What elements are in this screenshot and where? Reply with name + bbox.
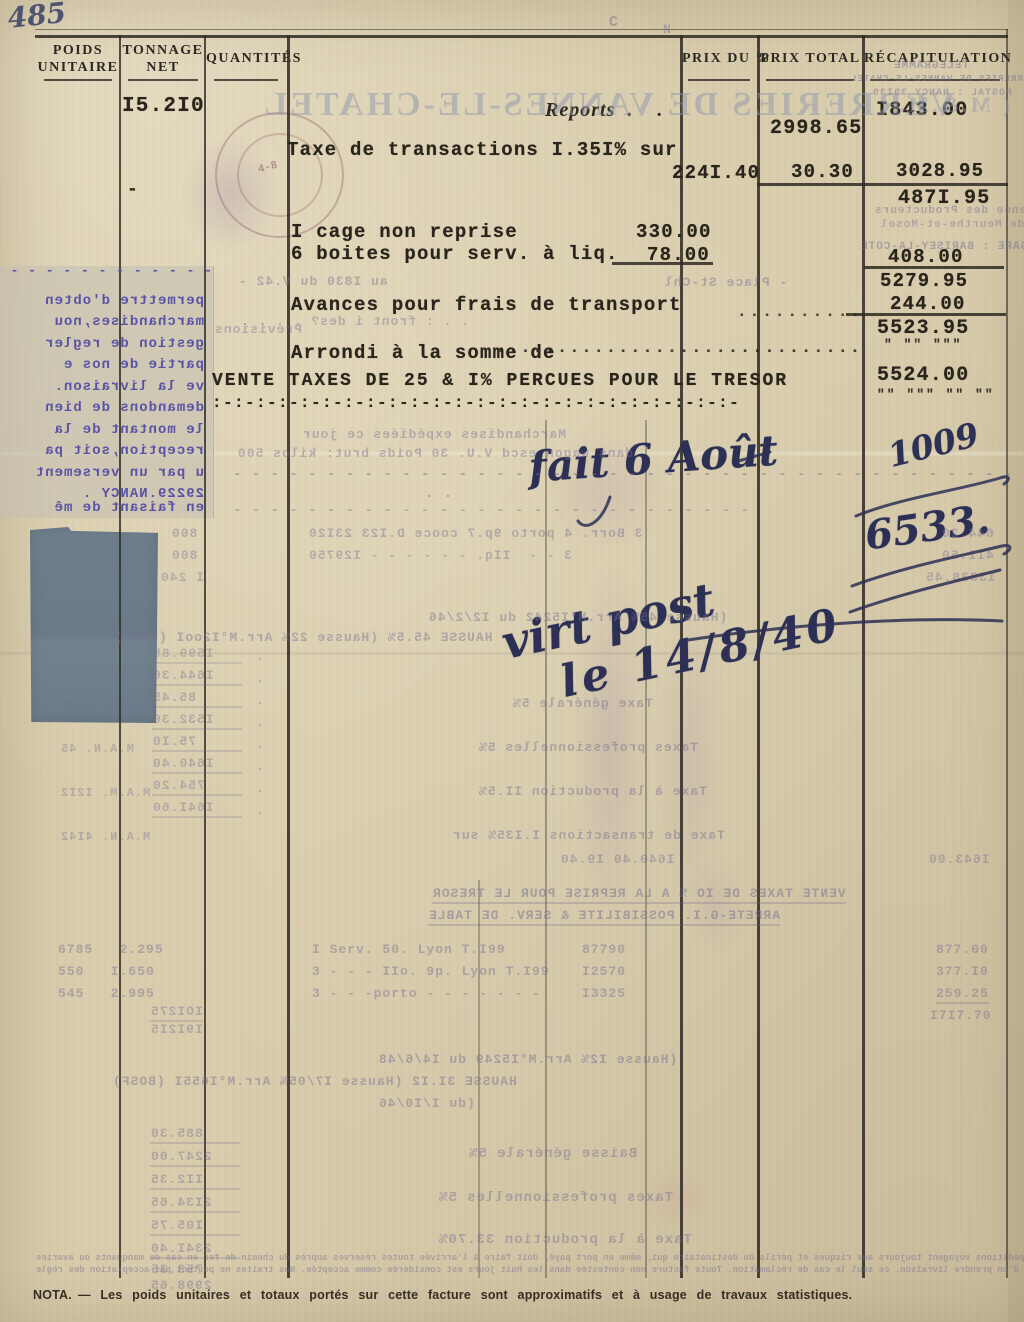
cage-label: I cage non reprise <box>291 221 518 243</box>
gm-text-98: I643.00 <box>928 852 990 867</box>
slip-line: le montant de la <box>4 422 204 438</box>
gn-text-113: I7I7.70 <box>930 1008 992 1023</box>
gm-text-96: Taxe de transactions I.I35% sur <box>452 828 725 843</box>
gm-text-118: (du I/I0/46 <box>378 1096 475 1111</box>
gm-text-80: I599.85 <box>152 646 242 664</box>
gm-text-74: 3 - - IIq. - - - - - - I29750 <box>308 548 572 563</box>
hand-1009: 1009 <box>884 415 983 475</box>
ditto-marks-2: "" """ "" "" <box>877 387 995 402</box>
slip-line: en faisant de mê <box>4 500 204 516</box>
gm-text-127: Baisse générale 5% <box>468 1146 637 1162</box>
footer-nota-label: NOTA. <box>33 1288 72 1302</box>
ditto-marks-1: " "" """ <box>884 337 962 352</box>
gm-text-114: IOI275 <box>150 1004 203 1022</box>
gser-text-51: VERRERIES DE VANNES-LE-CHATEL <box>255 86 955 124</box>
gn-text-88: . . . . . . . . <box>256 646 265 822</box>
footer-nota-text: — Les poids unitaires et totaux portés s… <box>78 1288 852 1302</box>
gm-text-121: II2.35 <box>150 1172 240 1190</box>
slip-dash-edge: - - - - - - - - - - - - - - - - <box>0 263 212 278</box>
separator-line: :-:-:-:-:-:-:-:-:-:-:-:-:-:-:-:-:-:-:-:-… <box>212 394 740 412</box>
taxe-base: 224I.40 <box>672 162 760 184</box>
arrondi-dots: .............................. <box>496 339 862 358</box>
gm-text-128: Taxes professionnelles 5% <box>438 1190 673 1206</box>
col-header-tonnage-net: TONNAGE NET <box>121 42 205 76</box>
gn-text-107: I2570 <box>582 964 626 979</box>
recap-5279: 5279.95 <box>880 270 968 292</box>
gm-text-76: I 240 <box>160 570 204 585</box>
gn-text-104: 877.00 <box>936 942 989 957</box>
slip-line: ve la livraison. <box>4 379 204 395</box>
gm-text-91: M.A.M. I2I2 <box>60 786 150 800</box>
gm-text-119: 885.30 <box>150 1126 240 1144</box>
gn-text-68: . . <box>425 486 453 502</box>
col-header-poids-unitaire: POIDS UNITAIRE <box>36 42 120 76</box>
scanned-invoice-page: 4-8 POIDS UNITAIRETONNAGE NETQUANTITÉSPR… <box>0 0 1024 1322</box>
taxe-amount: 30.30 <box>791 161 854 183</box>
gn-text-109: 545 2.995 <box>58 986 155 1001</box>
gm-text-75: 4II.50 <box>941 548 994 563</box>
gm-text-82: 85.45 <box>152 690 242 708</box>
gm-text-56: VERRERIES DE VANNES-LE-CHATEL <box>850 74 1024 84</box>
gm-text-72: 644.20 <box>941 526 994 541</box>
gm-text-115: I9I2I5 <box>150 1022 203 1037</box>
slip-line: partie de nos e <box>4 357 204 373</box>
avances-dots: .......... <box>737 303 863 321</box>
slip-line: demandons de bien <box>4 400 204 416</box>
slip-line: permettre d'obten <box>4 293 204 309</box>
gm-text-70: 800 <box>171 526 197 541</box>
gn-text-111: I3325 <box>582 986 626 1001</box>
gm-text-71: 3 Borr. 4 porto 9p.7 cooce D.I23 23I20 <box>308 526 642 541</box>
col-header-prix-total: PRIX TOTAL <box>759 50 862 67</box>
recap-3028: 3028.95 <box>896 160 984 182</box>
gm-text-81: I644.30 <box>152 668 242 686</box>
gm-text-66: dans wagon escd V.U. 30 Poids brut: kilo… <box>237 446 633 461</box>
gm-text-60: GARE : BARISEY-LA-COTE <box>860 241 1024 253</box>
gm-text-64: . . : front i des? . . . . <box>240 314 469 329</box>
gm-text-93: Taxe générale 5% <box>512 696 653 711</box>
slip-line: reception,soit pa <box>4 443 204 459</box>
tonnage-net-value: I5.2I0 <box>122 95 205 118</box>
gn-text-110: 3 - - -porto - - - - - - - <box>312 986 541 1001</box>
gm-text-65: Marchandises expédiées ce jour <box>302 427 566 442</box>
gm-text-59: de Meurthe-et-Mosel <box>880 219 1024 231</box>
vente-taxes-line: VENTE TAXES DE 25 & I% PERCUES POUR LE T… <box>212 371 788 391</box>
gn-text-112: 259.25 <box>936 986 989 1004</box>
gm-text-130: Les expéditions voyagent toujours aux ri… <box>36 1253 1024 1263</box>
gn-text-105: 550 I.650 <box>58 964 155 979</box>
gm-text-100: ARRETE-G.I. POSSIBILITE & SERV. DE TABLE <box>428 908 780 926</box>
col-header-quantites: QUANTITÉS <box>206 50 287 67</box>
gm-text-57: POSTAL : NANCY 39I39 <box>872 88 1012 99</box>
slip-line: marchandises,nou <box>4 314 204 330</box>
gm-text-85: I640.40 <box>152 756 242 774</box>
gn-text-106: 3 - - - IIo. 9p. Lyon T.I99 <box>312 964 550 979</box>
gm-text-61: au I830 du V.42 - <box>238 274 388 289</box>
gm-text-117: HAUSSE 3I.I2 (Hausse I7/05% Arr.M°I655I … <box>112 1074 517 1089</box>
gm-text-62: - Place St-Chl <box>664 275 787 290</box>
gn-text-101: 6785 2.295 <box>58 942 164 957</box>
gm-text-77: I3338.45 <box>925 570 995 585</box>
text-layer: POIDS UNITAIRETONNAGE NETQUANTITÉSPRIX D… <box>0 0 1024 1322</box>
gn-text-108: 377.I0 <box>936 964 989 979</box>
gm-text-79: HAUSSE 45.5% (Hausse 22% Arr.M°I2ooI (BO… <box>114 630 492 645</box>
cage-amount: 330.00 <box>636 221 712 243</box>
gm-text-86: 754.20 <box>152 778 242 796</box>
gm-text-122: 2I34.65 <box>150 1195 240 1213</box>
tonnage-dash: - <box>127 180 139 200</box>
gm-text-120: 2247.00 <box>150 1149 240 1167</box>
gm-text-116: (Hausse I2% Arr.M°I5249 du I4/6/48 <box>378 1052 677 1067</box>
gm-text-84: 75.I0 <box>152 734 242 752</box>
slip-line: u par un versement <box>4 465 204 481</box>
gm-text-95: Taxe à la production II.5% <box>478 784 707 799</box>
gm-text-90: M.A.N. 45 <box>60 742 134 756</box>
gm-text-123: I05.75 <box>150 1218 240 1236</box>
gn-text-102: I Serv. 50. Lyon T.I99 <box>312 942 506 957</box>
gn-text-53: C <box>609 14 619 31</box>
gn-text-54: N <box>663 22 672 37</box>
gm-text-73: 800 <box>171 548 197 563</box>
gn-text-69: - - - - - - - - - - - - - - - - - - - - … <box>233 503 750 519</box>
footer-nota: NOTA.— Les poids unitaires et totaux por… <box>33 1288 993 1302</box>
gm-text-97: I640.40 I9.40 <box>560 852 674 867</box>
gn-text-67: - - - - - - - - - - - - - - - - - - - - … <box>233 467 1024 483</box>
taxe-transactions-label: Taxe de transactions I.35I% sur <box>287 139 678 161</box>
avances-amount: 244.00 <box>890 293 966 315</box>
gm-text-94: Taxes professionnelles 5% <box>478 740 698 755</box>
gm-text-83: I532.30 <box>152 712 242 730</box>
gm-text-55: TELEGRAMME <box>893 60 969 72</box>
gm-text-89: M.A.N. I946 <box>60 698 150 712</box>
gm-text-131: avant d'en prendre livraison, ce seul le… <box>36 1265 1024 1275</box>
gm-text-78: (Hausse 45% Arr.M°I5242 du I2/2/46 <box>428 610 727 625</box>
slip-line: gestion de regler <box>4 336 204 352</box>
boites-amount: 78.00 <box>647 244 710 266</box>
gn-text-103: 87790 <box>582 942 626 957</box>
col-header-prix-du-pct: PRIX DU % <box>682 50 757 67</box>
gm-text-92: M.A.N. 4I42 <box>60 830 150 844</box>
gm-text-129: Taxe à la production 33.70% <box>438 1232 692 1248</box>
boites-label: 6 boites pour serv. à liq. <box>291 243 619 265</box>
gm-text-58: Agence des Producteurs <box>874 205 1024 217</box>
corner-mark-485: 485 <box>6 0 68 35</box>
gm-text-87: I64I.60 <box>152 800 242 818</box>
avances-label: Avances pour frais de transport <box>291 294 682 316</box>
total-5524: 5524.00 <box>877 364 969 387</box>
gm-text-99: VENTE TAXES DE IO % A LA REPRISE POUR LE… <box>432 886 846 904</box>
